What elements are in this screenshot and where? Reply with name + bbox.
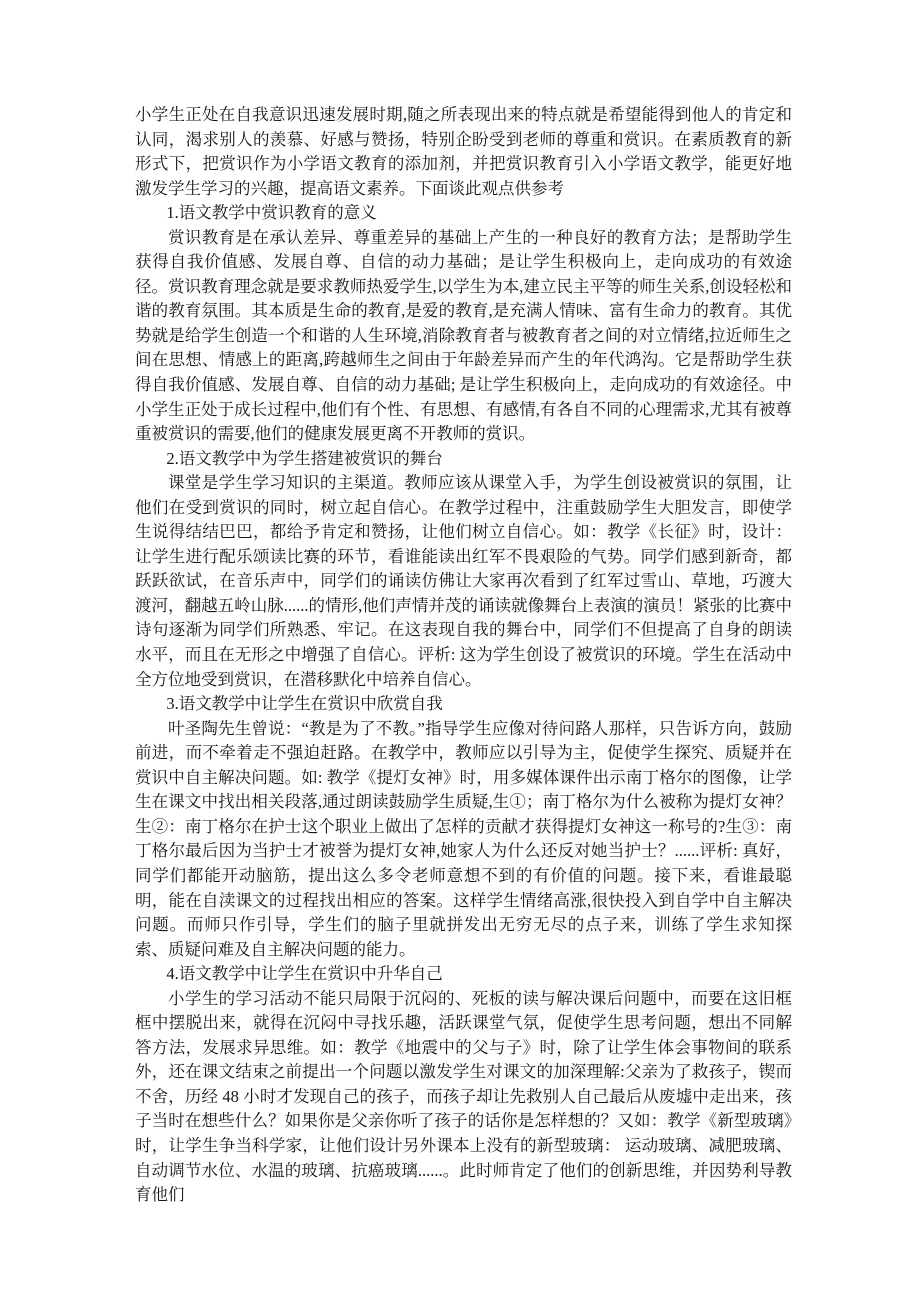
heading-section-4: 4.语文教学中让学生在赏识中升华自己	[135, 962, 792, 987]
heading-section-1: 1.语文教学中赏识教育的意义	[135, 201, 792, 226]
heading-section-2: 2.语文教学中为学生搭建被赏识的舞台	[135, 447, 792, 472]
paragraph-section-1: 赏识教育是在承认差异、尊重差异的基础上产生的一种良好的教育方法；是帮助学生获得自…	[135, 226, 792, 447]
paragraph-section-4: 小学生的学习活动不能只局限于沉闷的、死板的读与解决课后问题中，而要在这旧框框中摆…	[135, 987, 792, 1208]
document-text-body: 小学生正处在自我意识迅速发展时期,随之所表现出来的特点就是希望能得到他人的肯定和…	[135, 103, 792, 1208]
paragraph-section-2: 课堂是学生学习知识的主渠道。教师应该从课堂入手，为学生创设被赏识的氛围，让他们在…	[135, 471, 792, 692]
paragraph-intro: 小学生正处在自我意识迅速发展时期,随之所表现出来的特点就是希望能得到他人的肯定和…	[135, 103, 792, 201]
document-page: 小学生正处在自我意识迅速发展时期,随之所表现出来的特点就是希望能得到他人的肯定和…	[0, 0, 920, 1302]
paragraph-section-3: 叶圣陶先生曾说：“教是为了不教。”指导学生应像对待问路人那样，只告诉方向，鼓励前…	[135, 717, 792, 962]
heading-section-3: 3.语文教学中让学生在赏识中欣赏自我	[135, 692, 792, 717]
